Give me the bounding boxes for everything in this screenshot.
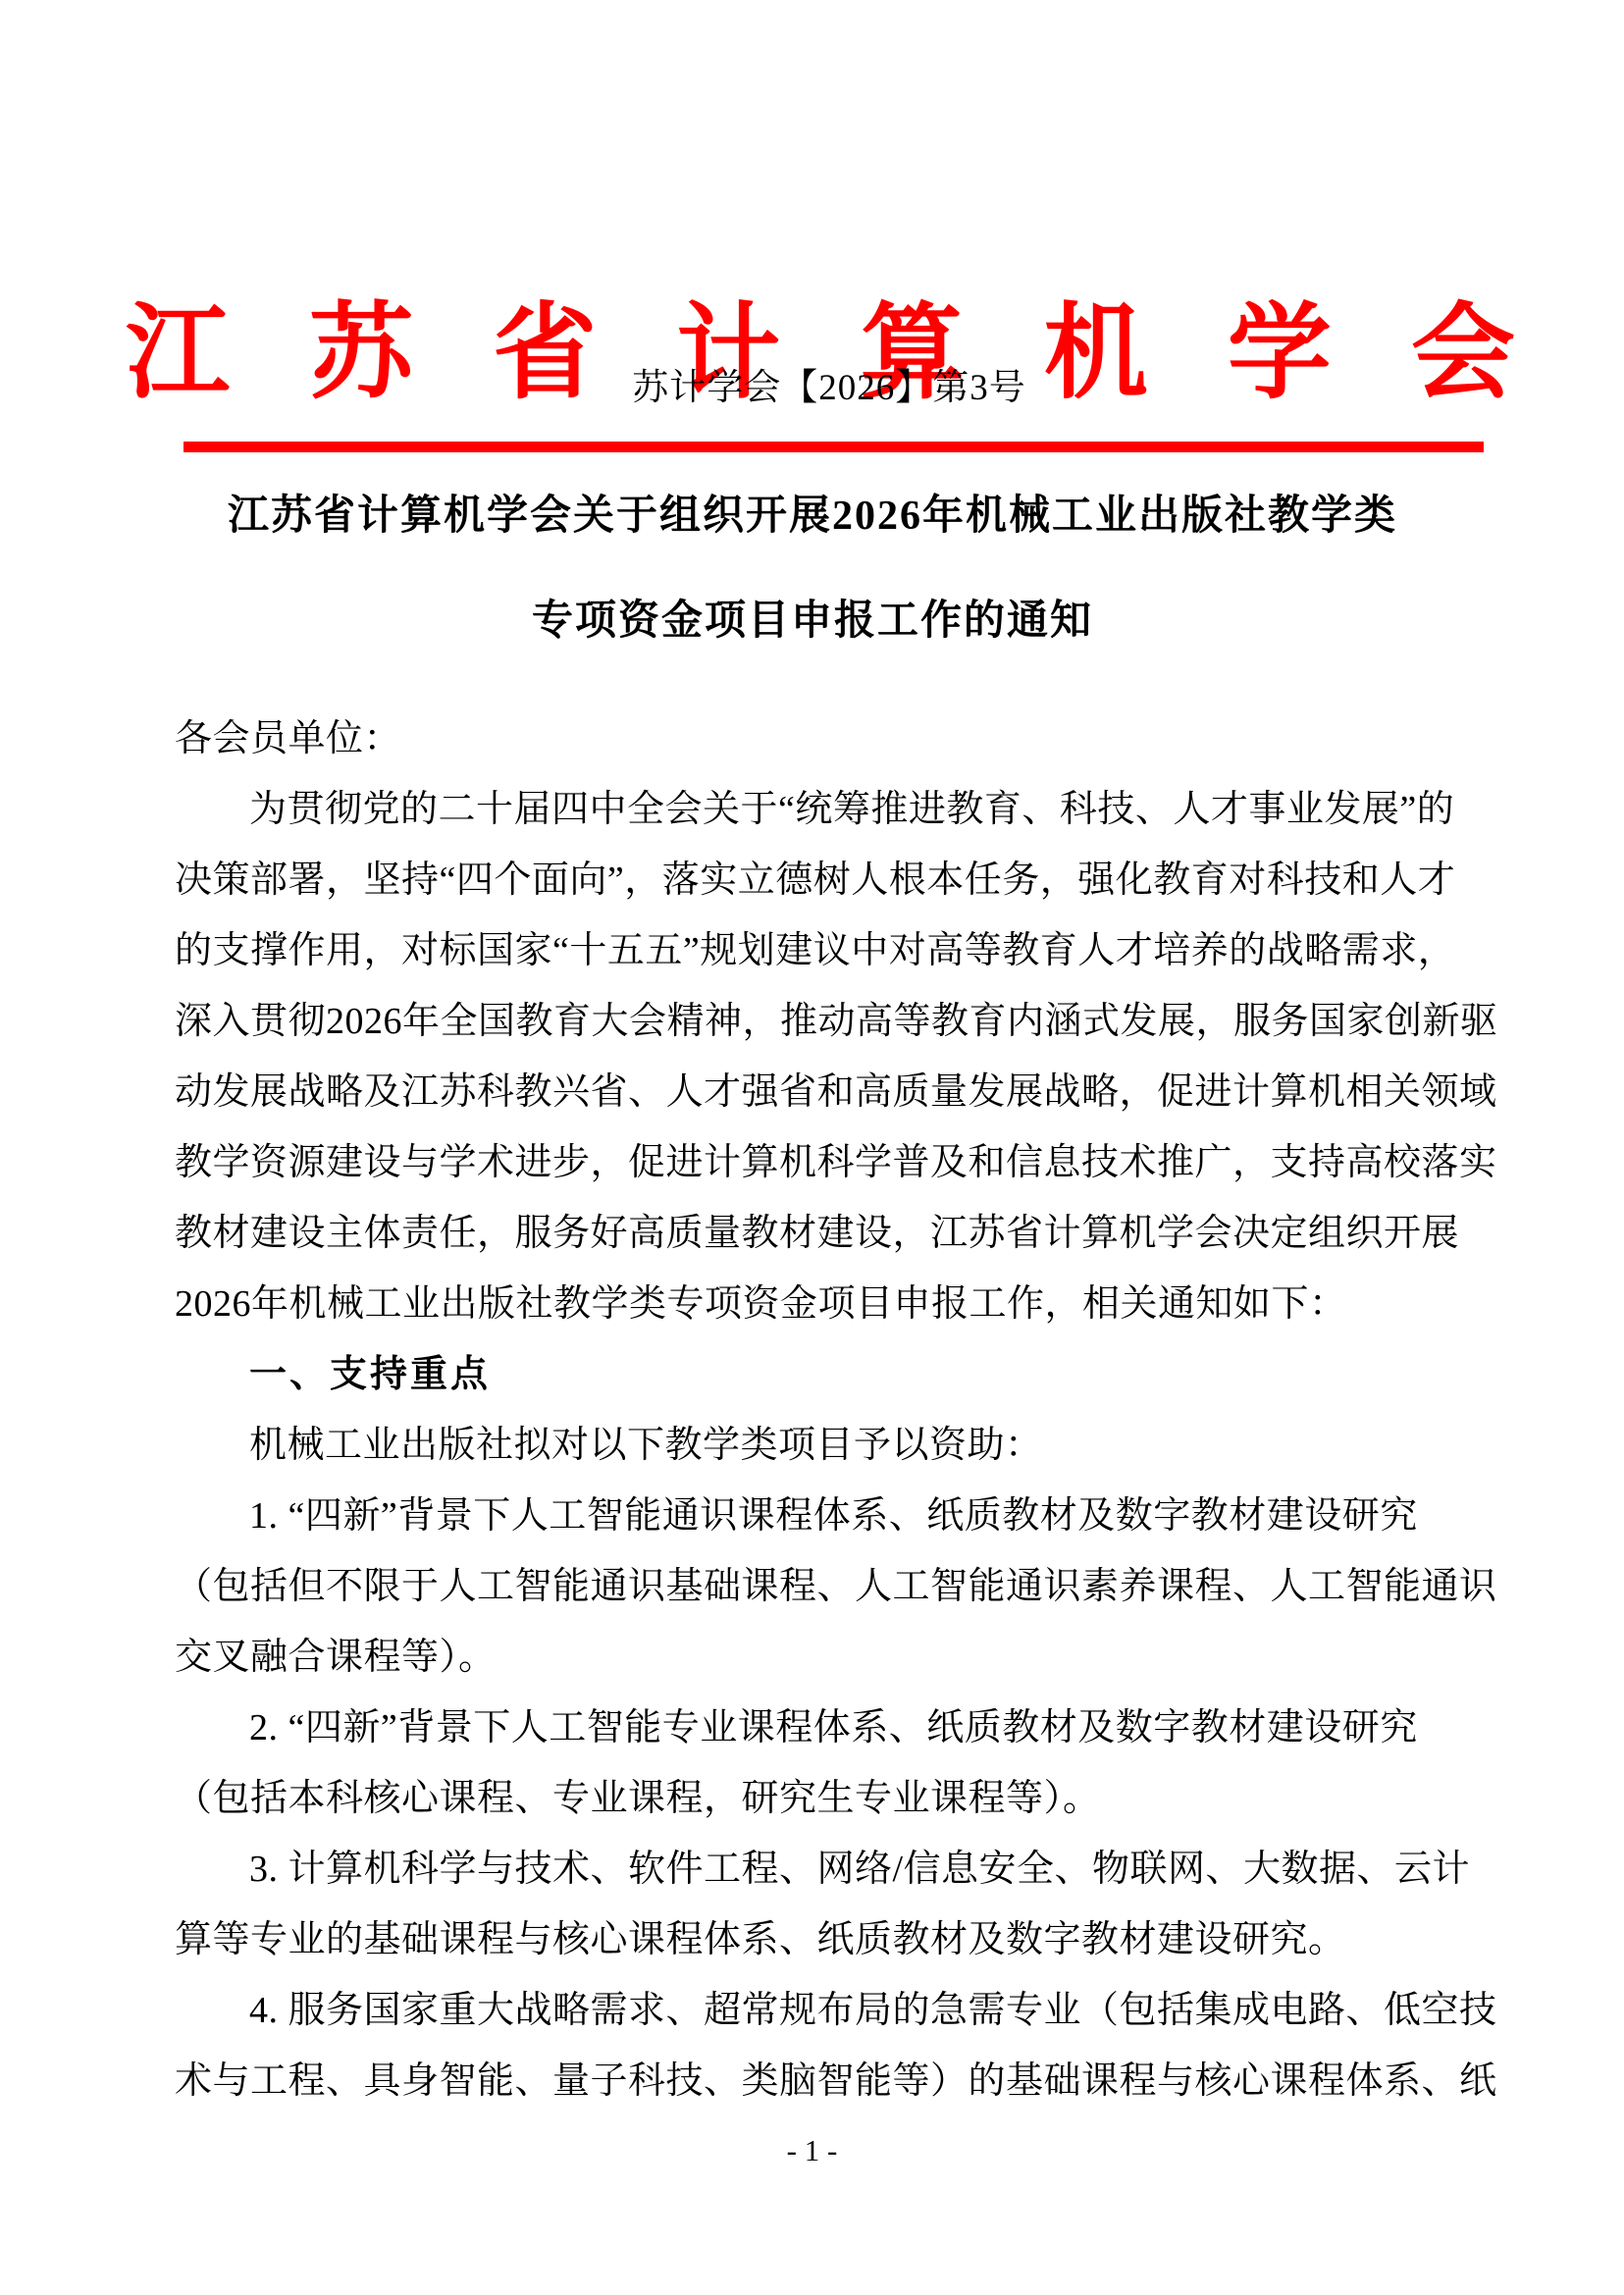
red-divider-rule (183, 442, 1484, 452)
body-line: 3. 计算机科学与技术、软件工程、网络/信息安全、物联网、大数据、云计 (175, 1834, 1490, 1904)
body-line: （包括但不限于人工智能通识基础课程、人工智能通识素养课程、人工智能通识 (175, 1551, 1490, 1622)
body-line: 交叉融合课程等）。 (175, 1622, 1490, 1693)
body-line: 教学资源建设与学术进步，促进计算机科学普及和信息技术推广，支持高校落实 (175, 1127, 1490, 1198)
body-line: 教材建设主体责任，服务好高质量教材建设，江苏省计算机学会决定组织开展 (175, 1198, 1490, 1269)
document-page: { "accent_color": "#ff0000", "letterhead… (0, 0, 1624, 2295)
page-number: - 1 - (0, 2131, 1624, 2170)
body-line: 2026年机械工业出版社教学类专项资金项目申报工作，相关通知如下： (175, 1269, 1490, 1339)
body-line: 机械工业出版社拟对以下教学类项目予以资助： (175, 1410, 1490, 1481)
salutation: 各会员单位： (175, 704, 1490, 774)
body-line: 决策部署，坚持“四个面向”，落实立德树人根本任务，强化教育对科技和人才 (175, 845, 1490, 915)
body-line: 4. 服务国家重大战略需求、超常规布局的急需专业（包括集成电路、低空技 (175, 1975, 1490, 2046)
body-line: 深入贯彻2026年全国教育大会精神，推动高等教育内涵式发展，服务国家创新驱 (175, 986, 1490, 1057)
doc-number: 苏计学会【2026】第3号 (175, 365, 1484, 412)
body-line: 算等专业的基础课程与核心课程体系、纸质教材及数字教材建设研究。 (175, 1904, 1490, 1975)
body-line: （包括本科核心课程、专业课程，研究生专业课程等）。 (175, 1763, 1490, 1834)
body-line: 动发展战略及江苏科教兴省、人才强省和高质量发展战略，促进计算机相关领域 (175, 1057, 1490, 1127)
body-line: 1. “四新”背景下人工智能通识课程体系、纸质教材及数字教材建设研究 (175, 1481, 1490, 1551)
section-heading: 一、支持重点 (175, 1339, 1490, 1410)
body-line: 为贯彻党的二十届四中全会关于“统筹推进教育、科技、人才事业发展”的 (175, 774, 1490, 845)
body-line: 术与工程、具身智能、量子科技、类脑智能等）的基础课程与核心课程体系、纸 (175, 2046, 1490, 2116)
document-title-line2: 专项资金项目申报工作的通知 (131, 569, 1494, 674)
body-line: 的支撑作用，对标国家“十五五”规划建议中对高等教育人才培养的战略需求， (175, 915, 1490, 986)
document-title: 江苏省计算机学会关于组织开展2026年机械工业出版社教学类 专项资金项目申报工作… (131, 464, 1494, 674)
body-line: 2. “四新”背景下人工智能专业课程体系、纸质教材及数字教材建设研究 (175, 1693, 1490, 1763)
document-title-line1: 江苏省计算机学会关于组织开展2026年机械工业出版社教学类 (131, 464, 1494, 569)
document-body: 各会员单位：为贯彻党的二十届四中全会关于“统筹推进教育、科技、人才事业发展”的决… (175, 704, 1490, 2116)
